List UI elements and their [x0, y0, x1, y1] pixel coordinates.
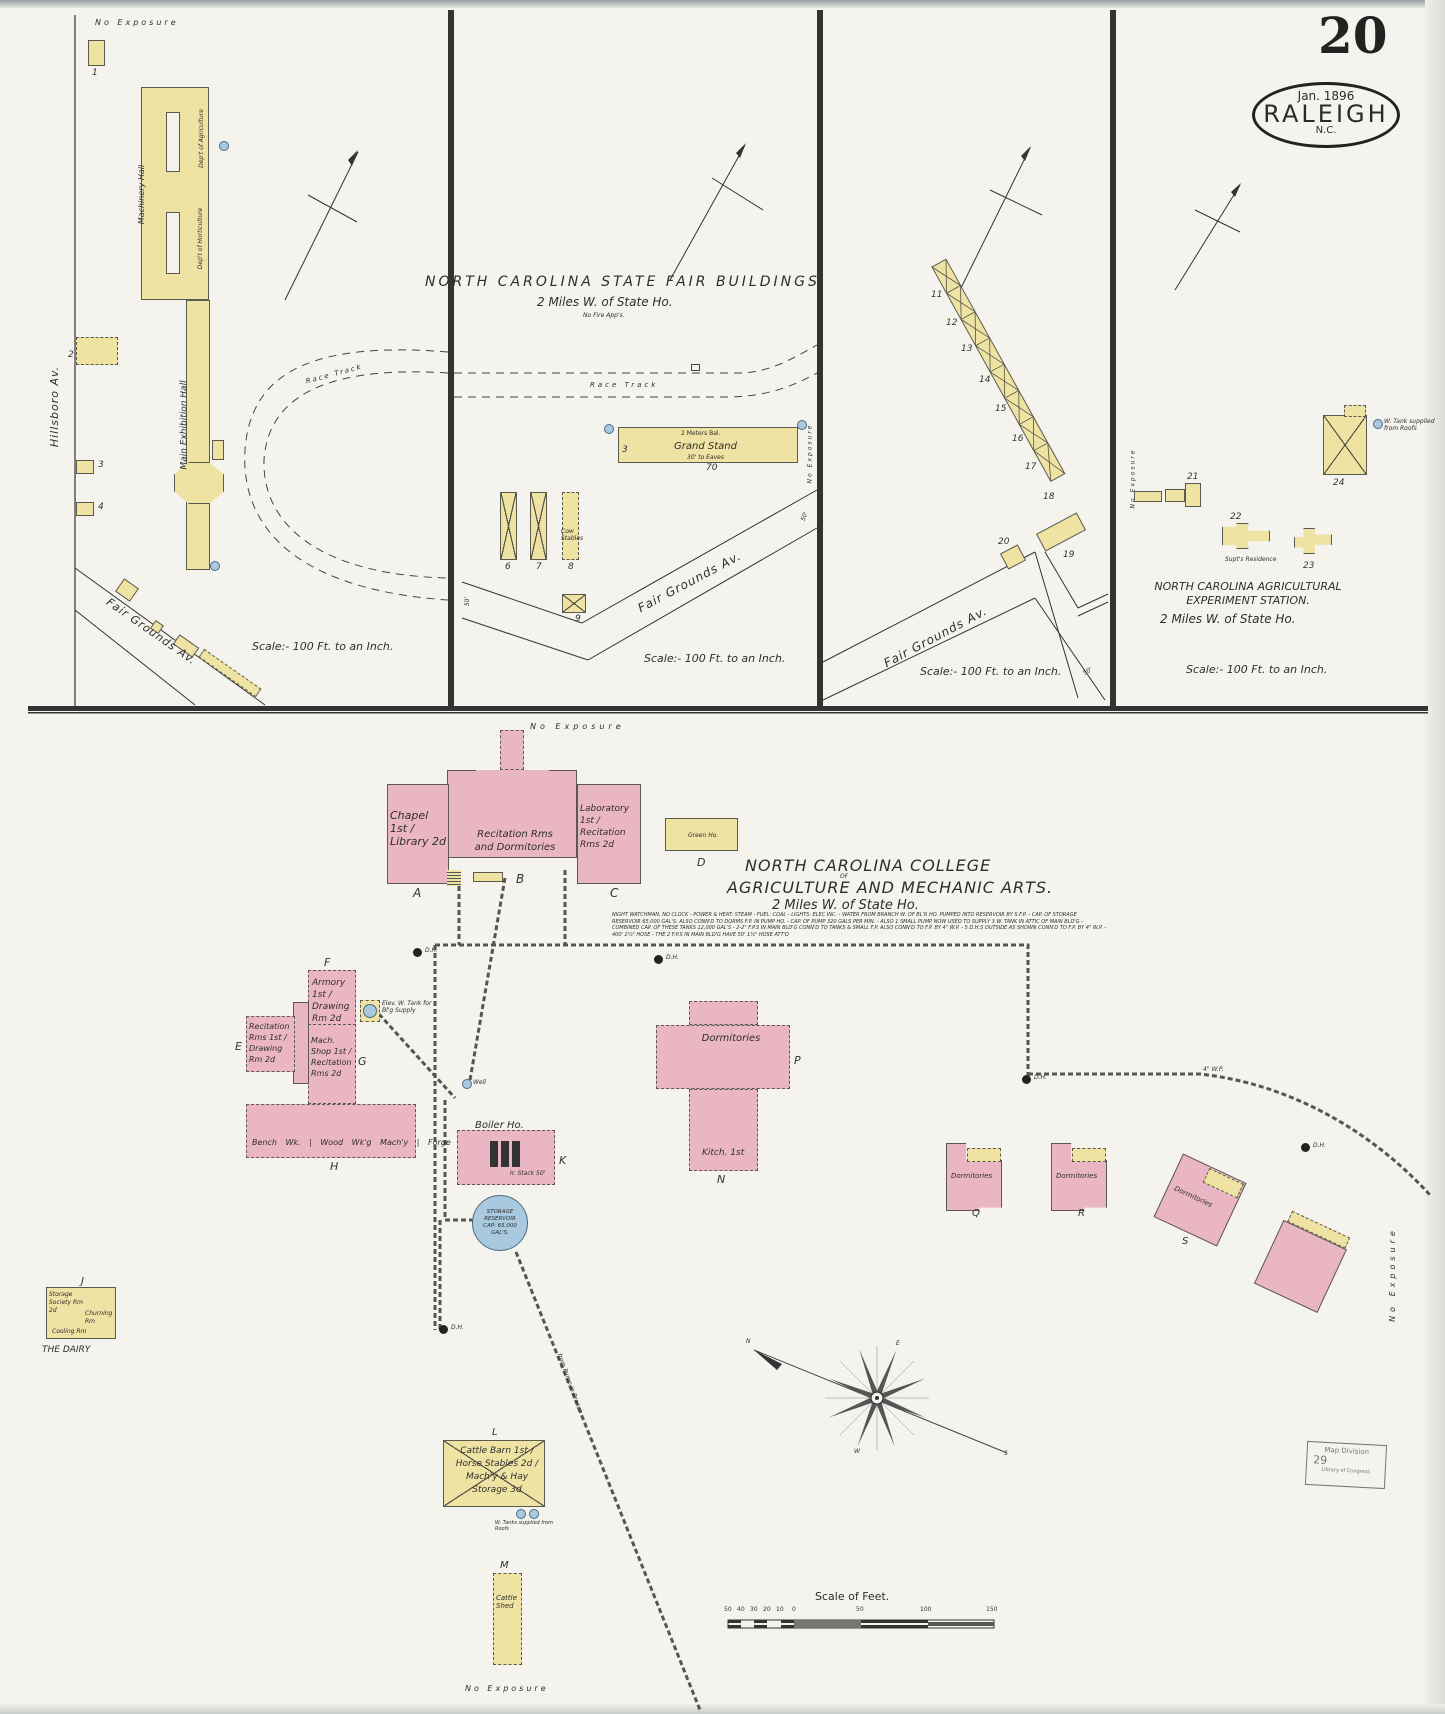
green-ho-b: [1165, 489, 1185, 502]
building-24-number: 24: [1333, 478, 1344, 488]
college-subtitle: 2 Miles W. of State Ho.: [772, 898, 919, 913]
well-marker: [210, 561, 220, 571]
hydrant-label: D.H.: [1034, 1074, 1047, 1081]
hydrant-marker: [654, 955, 663, 964]
water-tank-marker: [516, 1509, 526, 1519]
scale-tick: 50: [856, 1606, 864, 1613]
stall-17: 17: [1025, 462, 1036, 472]
fair-title: NORTH CAROLINA STATE FAIR BUILDINGS.: [425, 274, 827, 290]
college-title-line1: NORTH CAROLINA COLLEGE: [745, 856, 991, 875]
dairy-label: The Dairy: [42, 1345, 90, 1355]
water-tank-marker: [1373, 419, 1383, 429]
building-h-letter: H: [330, 1160, 338, 1173]
building-r-label: Dormitories: [1173, 1185, 1214, 1210]
building-m-label: Cattle Shed: [496, 1594, 522, 1610]
stall-14: 14: [979, 375, 990, 385]
supts-residence-label: Supt's Residence: [1225, 556, 1276, 563]
building-20-number: 20: [998, 537, 1009, 547]
steps: [447, 870, 461, 886]
well-marker: [219, 141, 229, 151]
water-tank-marker: [529, 1509, 539, 1519]
building-c-letter: C: [610, 886, 618, 900]
race-track-label-2: Race Track: [590, 381, 658, 389]
well-marker: [462, 1079, 472, 1089]
hydrant-marker: [439, 1325, 448, 1334]
barn-tank-note: W. Tanks supplied from Roofs: [495, 1520, 560, 1532]
building-9: [562, 594, 586, 613]
building-24-porch: [1344, 405, 1366, 417]
building-m-letter: M: [500, 1560, 509, 1571]
experiment-station-title: NORTH CAROLINA AGRICULTURAL EXPERIMENT S…: [1138, 580, 1358, 608]
building-q-label: Dormitories: [1056, 1172, 1097, 1180]
building-21: [1185, 483, 1201, 507]
main-exhibition-hall: [186, 300, 210, 570]
stall-6-number: 6: [505, 562, 511, 572]
annex-small: [212, 440, 224, 460]
tank-marker: [363, 1004, 377, 1018]
reservoir-line2: Reservoir: [473, 1216, 527, 1223]
scale-note-3: Scale:- 100 Ft. to an Inch.: [920, 665, 1061, 678]
building-e-letter: E: [235, 1040, 242, 1053]
compass-n: N: [746, 1338, 751, 1345]
building-c-laboratory: Laboratory 1st / Recitation Rms 2d: [577, 784, 641, 884]
scale-tick: 20: [763, 1606, 771, 1613]
building-f-armory: Armory 1st / Drawing Rm 2d: [308, 970, 356, 1027]
grand-stand-label: Grand Stand: [674, 441, 737, 452]
building-p-porch: [967, 1148, 1001, 1162]
green-ho-a: [1134, 491, 1162, 502]
building-k-letter: K: [559, 1154, 566, 1167]
hydrant-marker: [413, 948, 422, 957]
building-f-label: Armory 1st / Drawing Rm 2d: [312, 977, 356, 1025]
compass-s: S: [1004, 1450, 1008, 1457]
compass-e: E: [896, 1340, 900, 1347]
cow-stables-label: Cow Stables: [561, 528, 583, 542]
building-q-letter: R: [1078, 1208, 1085, 1219]
building-c-label: Laboratory 1st / Recitation Rms 2d: [580, 803, 642, 851]
stall-18: 18: [1043, 492, 1054, 502]
scale-note-1: Scale:- 100 Ft. to an Inch.: [252, 640, 393, 653]
building-m-cattle-shed: Cattle Shed: [493, 1573, 522, 1665]
fair-subtitle: 2 Miles W. of State Ho.: [537, 295, 673, 309]
building-n-top: [689, 1001, 758, 1025]
building-l-letter: L: [492, 1427, 498, 1438]
dairy-room-cooling: Cooling Rm: [52, 1328, 86, 1335]
grand-stand-eaves: 30' to Eaves: [687, 454, 724, 461]
dairy-room-storage: Storage Society Rm 2d: [49, 1291, 83, 1315]
building-b-porch: [473, 872, 503, 882]
reservoir-line3: Cap: 65,000: [473, 1223, 527, 1230]
building-l-cattle-barn: Cattle Barn 1st / Horse Stables 2d / Mac…: [443, 1440, 545, 1507]
scale-tick: 150: [986, 1606, 997, 1613]
building-9-number: 9: [575, 614, 581, 624]
machinery-hall-label: Machinery Hall: [137, 165, 146, 224]
street-width-1: 50': [464, 597, 471, 606]
grand-stand-number: 70: [706, 463, 717, 473]
stall-12: 12: [946, 318, 957, 328]
dept-horticulture-label: Dep't of Horticulture: [197, 208, 204, 269]
building-p-letter: Q: [972, 1208, 980, 1219]
well-marker: [604, 424, 614, 434]
well-label: Well: [473, 1079, 486, 1086]
reservoir-line4: Gal's.: [473, 1230, 527, 1237]
college-no-exposure-side: No Exposure: [1388, 1227, 1397, 1322]
building-a-letter: A: [413, 886, 421, 900]
scale-note-2: Scale:- 100 Ft. to an Inch.: [644, 652, 785, 665]
building-o-letter: P: [794, 1054, 801, 1067]
stall-16: 16: [1012, 434, 1023, 444]
building-4: [76, 502, 94, 516]
building-g-letter: G: [358, 1055, 367, 1068]
building-e-recitation: Recitation Rms 1st / Drawing Rm 2d: [246, 1016, 295, 1072]
building-b-center-tower: [500, 730, 524, 770]
building-o-mess-hall: Dormitories: [656, 1025, 790, 1089]
building-j-letter: J: [81, 1276, 84, 1287]
water-tank-note: W. Tank supplied from Roofs: [1384, 418, 1439, 432]
building-q-porch: [1072, 1148, 1106, 1162]
building-n-kitchen: Kitch. 1st: [689, 1089, 758, 1171]
building-g-mach-shop: Mach. Shop 1st / Recitation Rms 2d: [308, 1024, 356, 1104]
scale-tick: 0: [792, 1606, 796, 1613]
stall-15: 15: [995, 404, 1006, 414]
court-2: [166, 212, 180, 274]
scale-tick: 50: [724, 1606, 732, 1613]
hydrant-marker: [1301, 1143, 1310, 1152]
building-d-label: Green Ho.: [688, 832, 718, 839]
reservoir-line1: Storage: [473, 1209, 527, 1216]
stall-8-number: 8: [568, 562, 574, 572]
building-b-label: Recitation Rms and Dormitories: [470, 828, 560, 854]
building-22-number: 22: [1230, 512, 1241, 522]
building-21-number: 21: [1187, 472, 1198, 482]
building-23-number: 23: [1303, 561, 1314, 571]
court-1: [166, 112, 180, 172]
hydrant-label: D.H.: [666, 954, 679, 961]
experiment-station-subtitle: 2 Miles W. of State Ho.: [1160, 612, 1296, 626]
sheet-number: 20: [1318, 6, 1388, 65]
elevated-tank-label: Elev. W. Tank for Bl'g Supply: [382, 1000, 437, 1014]
hydrant-label: D.H.: [451, 1324, 464, 1331]
stall-11: 11: [931, 290, 942, 300]
building-1-number: 1: [92, 68, 98, 78]
compass-w: W: [854, 1448, 860, 1455]
scale-tick: 40: [737, 1606, 745, 1613]
scale-note-4: Scale:- 100 Ft. to an Inch.: [1186, 663, 1327, 676]
building-a-label: Chapel 1st / Library 2d: [390, 809, 448, 848]
building-3-number: 3: [98, 460, 104, 470]
linework-layer: [0, 0, 1445, 1714]
building-2-ladies-cottage: [76, 337, 118, 365]
dept-agriculture-label: Dep't of Agriculture: [198, 109, 205, 168]
building-p-label: Dormitories: [951, 1172, 992, 1180]
dairy-room-churning: Churning Rm: [85, 1310, 115, 1326]
building-f-letter: F: [324, 956, 330, 969]
scale-tick: 100: [920, 1606, 931, 1613]
building-n-letter: N: [717, 1173, 725, 1186]
building-o-label: Dormitories: [681, 1032, 781, 1045]
grand-stand: 2 Meters Bal. Grand Stand 30' to Eaves: [618, 427, 798, 463]
building-e-connector: [293, 1002, 309, 1084]
library-stamp: Map Division 29 Library of Congress: [1305, 1441, 1387, 1489]
college-title-line2: AGRICULTURE AND MECHANIC ARTS.: [727, 878, 1053, 897]
scale-of-feet-title: Scale of Feet.: [815, 1590, 889, 1603]
pipe-label: 4" W.P.: [1203, 1066, 1224, 1073]
map-sheet: 20 Jan. 1896 RALEIGH N.C. No Exposure 1 …: [0, 0, 1445, 1714]
building-d-letter: D: [697, 856, 705, 869]
judges-stand: [691, 364, 700, 371]
stall-6: [500, 492, 517, 560]
building-b-letter: B: [516, 872, 524, 886]
building-24: [1323, 415, 1367, 475]
scale-tick: 30: [750, 1606, 758, 1613]
boilers: [490, 1141, 520, 1167]
building-2-number: 2: [68, 350, 74, 360]
building-h-label: Bench Wk. | Wood Wk'g Mach'y | Forge Sho…: [252, 1138, 479, 1147]
stall-7: [530, 492, 547, 560]
no-fire-apparatus-note: No Fire App's.: [583, 312, 625, 319]
building-h-shops: [246, 1104, 416, 1158]
main-exhibition-hall-label: Main Exhibition Hall: [180, 380, 190, 469]
building-a-chapel-library: Chapel 1st / Library 2d: [387, 784, 449, 884]
stall-8-cow-stables: [562, 492, 579, 560]
college-no-exposure-bottom: No Exposure: [465, 1684, 549, 1693]
college-no-exposure-top: No Exposure: [530, 722, 625, 731]
building-d-green-ho: Green Ho.: [665, 818, 738, 851]
city-cartouche: Jan. 1896 RALEIGH N.C.: [1252, 82, 1400, 148]
grand-stand-balcony: 2 Meters Bal.: [681, 430, 721, 437]
building-l-label: Cattle Barn 1st / Horse Stables 2d / Mac…: [450, 1445, 544, 1497]
grand-stand-stories: 3: [622, 445, 628, 455]
building-j-dairy: Storage Society Rm 2d Churning Rm Coolin…: [46, 1287, 116, 1339]
scale-tick: 10: [776, 1606, 784, 1613]
street-hillsboro: Hillsboro Av.: [48, 366, 61, 447]
fire-protection-note: Night Watchman, No Clock - Power & Heat:…: [612, 912, 1107, 938]
hydrant-marker: [1022, 1075, 1031, 1084]
building-19-number: 19: [1063, 550, 1074, 560]
city-name: RALEIGH: [1255, 103, 1397, 125]
stall-13: 13: [961, 344, 972, 354]
side-no-exposure-2: No Exposure: [806, 424, 813, 484]
iron-stack-label: Ir. Stack 50': [510, 1170, 545, 1177]
storage-reservoir: Storage Reservoir Cap: 65,000 Gal's.: [472, 1195, 528, 1251]
building-e-label: Recitation Rms 1st / Drawing Rm 2d: [249, 1021, 295, 1065]
building-3: [76, 460, 94, 474]
hydrant-label: D.H.: [1313, 1142, 1326, 1149]
building-n-label: Kitch. 1st: [702, 1148, 744, 1158]
building-b-wing: [476, 770, 549, 794]
building-4-number: 4: [98, 502, 104, 512]
building-g-label: Mach. Shop 1st / Recitation Rms 2d: [311, 1035, 357, 1079]
building-1: [88, 40, 105, 66]
stall-7-number: 7: [536, 562, 542, 572]
building-r-letter: S: [1182, 1236, 1188, 1247]
hydrant-label: D.H.: [425, 947, 438, 954]
no-exposure-label: No Exposure: [95, 18, 179, 27]
